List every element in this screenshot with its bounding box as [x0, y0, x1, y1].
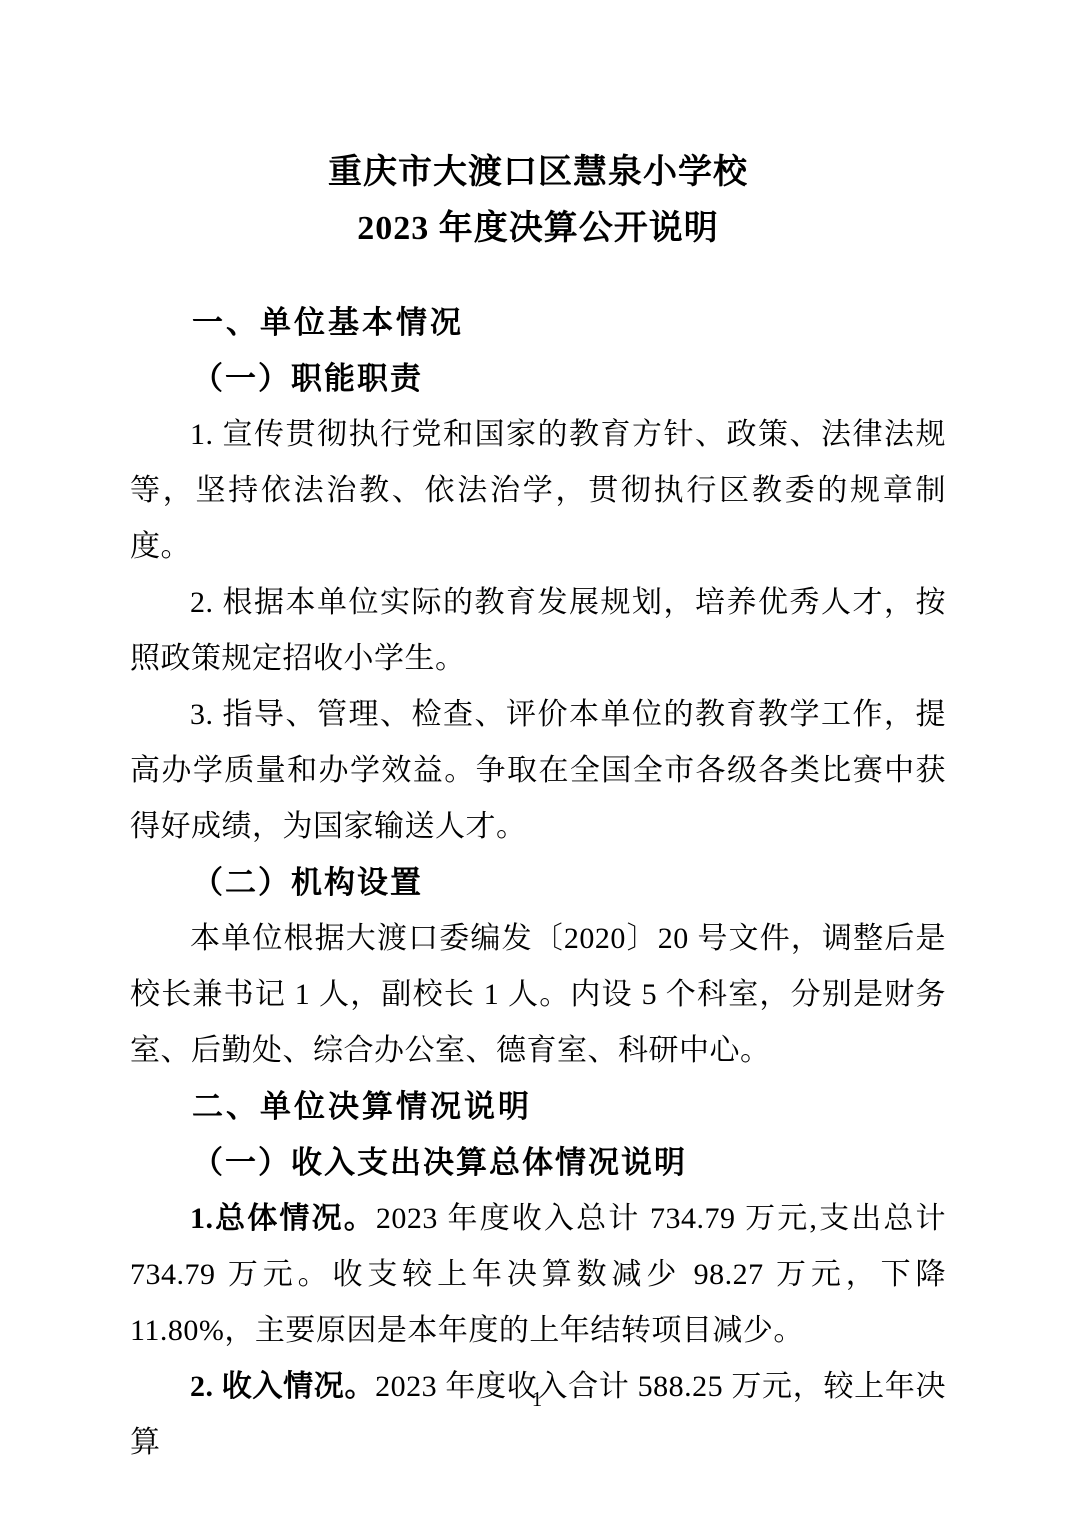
page-number: 1	[0, 1387, 1074, 1412]
section2-sub1-heading: （一）收入支出决算总体情况说明	[130, 1135, 946, 1191]
section1-sub1-paragraph-3: 3. 指导、管理、检查、评价本单位的教育教学工作，提高办学质量和办学效益。争取在…	[130, 687, 946, 855]
document-title-line2: 2023 年度决算公开说明	[130, 201, 946, 257]
document-title-line1: 重庆市大渡口区慧泉小学校	[130, 145, 946, 201]
section1-sub1-paragraph-2: 2. 根据本单位实际的教育发展规划，培养优秀人才，按照政策规定招收小学生。	[130, 575, 946, 687]
section2-paragraph-1: 1.总体情况。2023 年度收入总计 734.79 万元,支出总计 734.79…	[130, 1191, 946, 1359]
document-title-block: 重庆市大渡口区慧泉小学校 2023 年度决算公开说明	[130, 145, 946, 257]
section1-sub2-paragraph: 本单位根据大渡口委编发〔2020〕20 号文件，调整后是校长兼书记 1 人，副校…	[130, 911, 946, 1079]
document-page: 重庆市大渡口区慧泉小学校 2023 年度决算公开说明 一、单位基本情况 （一）职…	[0, 0, 1074, 1520]
section2-paragraph-1-lead: 1.总体情况。	[190, 1202, 376, 1235]
section1-sub1-heading: （一）职能职责	[130, 351, 946, 407]
section1-heading: 一、单位基本情况	[130, 295, 946, 351]
section2-heading: 二、单位决算情况说明	[130, 1079, 946, 1135]
section1-sub2-heading: （二）机构设置	[130, 855, 946, 911]
section2-paragraph-2: 2. 收入情况。2023 年度收入合计 588.25 万元，较上年决算	[130, 1359, 946, 1471]
section1-sub1-paragraph-1: 1. 宣传贯彻执行党和国家的教育方针、政策、法律法规等，坚持依法治教、依法治学，…	[130, 407, 946, 575]
